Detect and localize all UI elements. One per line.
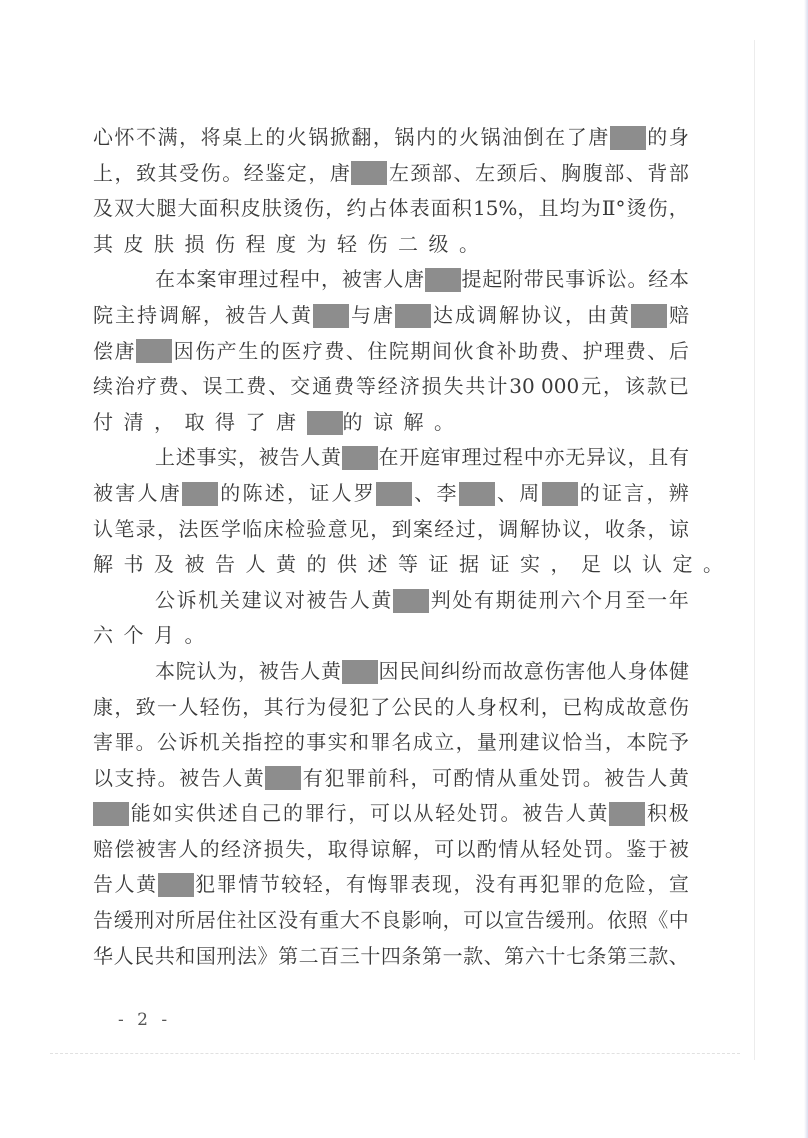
paragraph-p4: 公诉机关建议对被告人黄判处有期徒刑六个月至一年六个月。 [93,583,689,654]
text-char: 。 [583,761,603,797]
text-char: 失 [444,369,464,405]
text-char: 议 [562,512,582,548]
text-char: ， [238,654,258,690]
text-char: 中 [524,440,544,476]
text-char: 主 [115,298,135,334]
text-char: 庭 [420,440,440,476]
text-char: 谅 [370,832,390,868]
text-char: ， [242,690,262,726]
text-char: 审 [217,262,237,298]
text-char: 工 [224,369,244,405]
text-char: 元 [581,369,601,405]
text-char: 人 [246,547,266,583]
text-char: 黄 [321,440,341,476]
document-page: 心怀不满，将桌上的火锅掀翻，锅内的火锅油倒在了唐的身上，致其受伤。经鉴定，唐左颈… [0,0,808,1138]
text-char: 诉 [178,725,198,761]
text-char: 没 [475,867,495,903]
text-char: 述 [176,440,196,476]
text-char: 唐 [588,120,608,156]
text-char: 二 [398,227,418,263]
text-char: 见 [349,512,369,548]
text-char: 黄 [276,547,296,583]
text-char: 行 [327,796,347,832]
text-char: 级 [429,227,449,263]
text-char: 利 [520,690,540,726]
text-char: 中 [669,903,689,939]
text-char: 伤 [648,191,668,227]
redacted-name-box [313,304,349,328]
text-char: 成 [605,690,625,726]
text-char: 被 [306,583,326,619]
text-char: 程 [280,262,300,298]
text-char: 黄 [371,583,391,619]
text-char: 款 [463,939,483,975]
redacted-name-box [342,446,378,470]
text-char: 为 [307,227,327,263]
text-char: 成 [455,298,475,334]
text-char: 中 [300,262,320,298]
text-char: 费 [334,369,354,405]
text-char: 火 [459,120,479,156]
text-char: 被 [669,832,689,868]
text-char: ， [541,690,561,726]
text-char: 积 [647,796,667,832]
text-char: 告 [215,547,235,583]
text-char: 宣 [504,903,524,939]
text-char: 大 [177,191,197,227]
paragraph-p2: 在本案审理过程中，被害人唐提起附带民事诉讼。经本院主持调解，被告人黄与唐达成调解… [93,262,689,440]
text-char: 持 [137,298,157,334]
text-char: 过 [482,440,502,476]
text-char: 受 [179,156,199,192]
text-char: ， [456,725,476,761]
text-char: 款 [647,369,667,405]
text-char: 能 [131,796,151,832]
text-char: 院 [93,298,113,334]
text-char: 定 [673,547,693,583]
text-line: 本院认为，被告人黄因民间纠纷而故意伤害他人身体健 [93,654,689,690]
text-char: 人 [383,262,403,298]
text-char: 、 [540,156,560,192]
text-char: 其 [264,690,284,726]
text-char: 均 [560,191,580,227]
text-char: 月 [154,618,174,654]
text-char: 诉 [586,262,606,298]
text-char: 无 [565,440,585,476]
text-char: 怀 [115,120,135,156]
text-char: 从 [520,832,540,868]
text-char: 议 [263,583,283,619]
text-char: 人 [269,298,289,334]
text-char: 将 [201,120,221,156]
text-char: 十 [360,939,380,975]
text-line: 解书及被告人黄的供述等证据证实，足以认定。 [93,547,689,583]
text-line: 在本案审理过程中，被害人唐提起附带民事诉讼。经本 [93,262,689,298]
text-char: 被 [179,761,199,797]
text-char: 及 [93,191,113,227]
text-char: 极 [669,796,689,832]
text-char: 致 [136,156,156,192]
text-char: 六 [561,583,581,619]
text-char: 予 [669,725,689,761]
text-char: 害 [565,654,585,690]
text-char: 个 [582,583,602,619]
text-char: 据 [459,547,479,583]
text-char: 本 [626,725,646,761]
text-char: 程 [503,440,523,476]
text-char: 伤 [201,156,221,192]
text-char: ， [324,867,344,903]
text-char: 重 [518,761,538,797]
text-char: ， [114,690,134,726]
text-char: 第 [422,939,442,975]
text-char: 有 [474,583,494,619]
text-char: 至 [625,583,645,619]
text-char: 缓 [545,903,565,939]
text-char: 人 [647,761,667,797]
text-char: 实 [217,440,237,476]
text-char: 院 [176,654,196,690]
text-char: 己 [261,796,281,832]
text-char: 犯 [349,690,369,726]
text-char: 刑 [498,725,518,761]
text-char: 附 [503,262,523,298]
text-char: 意 [328,512,348,548]
text-char: 黄 [291,298,311,334]
text-char: 可 [463,903,483,939]
text-char: 为 [581,191,601,227]
text-char: 罪 [346,761,366,797]
text-char: 的 [434,690,454,726]
text-line: 偿唐因伤产生的医疗费、住院期间伙食补助费、护理费、后 [93,334,689,370]
text-char: 证 [602,476,622,512]
text-line: 其皮肤损伤程度为轻伤二级。 [93,227,689,263]
text-char: 六 [525,939,545,975]
text-line: 赔偿被害人的经济损失，取得谅解，可以酌情从轻处罚。鉴于被 [93,832,689,868]
text-char: 伤 [368,227,388,263]
text-char: 议 [543,298,563,334]
text-char: 过 [259,262,279,298]
text-char: 纷 [462,654,482,690]
text-char: 伤 [669,690,689,726]
text-char: 的 [265,120,285,156]
text-char: 解 [520,512,540,548]
text-char: 得 [349,832,369,868]
text-char: 解 [499,298,519,334]
text-char: 所 [175,903,195,939]
text-char: 名 [392,725,412,761]
text-line: 害罪。公诉机关指控的事实和罪名成立，量刑建议恰当，本院予 [93,725,689,761]
text-char: 被 [522,796,542,832]
text-char: 伙 [454,334,474,370]
text-char: 等 [398,547,418,583]
text-char: 后 [518,156,538,192]
text-char: 损 [264,832,284,868]
text-char: 区 [258,903,278,939]
text-char: 锅 [481,120,501,156]
redacted-name-box [425,268,461,292]
text-char: 持 [136,761,156,797]
redacted-name-box [542,482,578,506]
text-char: 锅 [394,120,414,156]
text-char: 华 [93,939,113,975]
text-char: 、 [268,369,288,405]
text-line: 上，致其受伤。经鉴定，唐左颈部、左颈后、胸腹部、背部 [93,156,689,192]
text-char: 唐 [115,334,135,370]
paragraph-p3: 上述事实，被告人黄在开庭审理过程中亦无异议，且有被害人唐的陈述，证人罗、李、周的… [93,440,689,582]
text-char: 费 [324,334,344,370]
text-char: ， [238,440,258,476]
text-line: 六个月。 [93,618,689,654]
text-char: 录 [136,512,156,548]
text-char: 事 [197,440,217,476]
text-char: 经 [434,512,454,548]
text-char: 事 [565,262,585,298]
text-char: 供 [196,796,216,832]
text-char: 酌 [477,832,497,868]
text-char: 人 [115,867,135,903]
text-char: 医 [200,512,220,548]
text-char: ， [115,156,135,192]
text-char: 罚 [561,761,581,797]
text-char: 取 [328,832,348,868]
text-char: 为 [217,654,237,690]
text-char: 、 [561,334,581,370]
text-char: 人 [566,796,586,832]
text-char: 认 [197,654,217,690]
text-char: 构 [584,690,604,726]
text-char: 支 [115,761,135,797]
text-char: ， [413,832,433,868]
text-char: 不 [360,903,380,939]
text-char: 行 [285,690,305,726]
text-char: 面 [431,191,451,227]
text-char: ， [454,867,474,903]
text-char: 陈 [243,476,263,512]
text-char: 了 [567,120,587,156]
text-char: 和 [349,725,369,761]
text-char: 李 [437,476,457,512]
text-char: 照 [628,903,648,939]
text-char: 人 [178,832,198,868]
text-char: 被 [225,298,245,334]
text-char: ， [647,476,667,512]
text-char: 、 [454,156,474,192]
text-char: 告 [328,583,348,619]
text-char: 》 [258,939,278,975]
text-char: 权 [498,690,518,726]
text-char: 助 [518,334,538,370]
text-char: 大 [135,191,155,227]
text-line: 告缓刑对所居住社区没有重大不良影响，可以宣告缓刑。依照《中 [93,903,689,939]
text-char: 开 [399,440,419,476]
text-char: 过 [456,512,476,548]
text-char: ， [321,262,341,298]
text-char: 成 [413,725,433,761]
text-char: 院 [389,334,409,370]
text-char: 可 [370,796,390,832]
text-char: 与 [351,298,371,334]
text-char: 桌 [222,120,242,156]
text-char: 颈 [497,156,517,192]
text-char: 对 [285,583,305,619]
text-char: 议 [541,725,561,761]
text-char: 罪 [114,725,134,761]
text-char: 心 [93,120,113,156]
text-char: 。 [587,903,607,939]
text-char: 健 [669,654,689,690]
text-char: 。 [703,547,723,583]
text-char: 公 [155,583,175,619]
text-char: 响 [422,903,442,939]
text-char: 黄 [244,761,264,797]
text-char: 证 [490,547,510,583]
text-char: 述 [265,476,285,512]
text-char: 上 [93,156,113,192]
text-char: 而 [482,654,502,690]
text-char: 异 [586,440,606,476]
text-char: 理 [462,440,482,476]
text-line: 公诉机关建议对被告人黄判处有期徒刑六个月至一年 [93,583,689,619]
text-char: 食 [475,334,495,370]
text-char: 倒 [524,120,544,156]
text-char: ， [287,476,307,512]
text-char: 恰 [562,725,582,761]
text-char: 清 [124,405,144,441]
text-char: 因 [379,654,399,690]
text-line: 康，致一人轻伤，其行为侵犯了公民的人身权利，已构成故意伤 [93,690,689,726]
text-char: ， [551,547,571,583]
text-char: 告 [247,298,267,334]
text-char: 得 [215,405,235,441]
text-char: Ⅱ° [602,191,626,227]
text-char: 黄 [321,654,341,690]
text-char: 理 [604,334,624,370]
text-char: ， [325,191,345,227]
text-char: ， [565,298,585,334]
text-line: 告人黄犯罪情节较轻，有悔罪表现，没有再犯罪的危险，宣 [93,867,689,903]
text-char: 及 [154,547,174,583]
text-char: 费 [159,369,179,405]
text-char: 油 [502,120,522,156]
text-char: 唐 [160,476,180,512]
text-char: 周 [519,476,539,512]
text-char: 误 [203,369,223,405]
paragraph-p5: 本院认为，被告人黄因民间纠纷而故意伤害他人身体健康，致一人轻伤，其行为侵犯了公民… [93,654,689,974]
text-char: 计 [487,369,507,405]
text-char: 讼 [607,262,627,298]
text-char: 背 [647,156,667,192]
text-char: 被 [342,262,362,298]
text-char: 、 [669,939,689,975]
text-char: 、 [497,476,517,512]
text-char: 检 [285,512,305,548]
text-char: 颈 [410,156,430,192]
text-char: 罚 [584,832,604,868]
text-char: 间 [432,334,452,370]
text-char: 第 [504,939,524,975]
text-char: 一 [647,583,667,619]
text-char: 七 [566,939,586,975]
text-char: 院 [648,725,668,761]
text-char: 体 [648,654,668,690]
text-char: 期 [410,334,430,370]
text-char: 笔 [114,512,134,548]
text-char: 以 [392,796,412,832]
text-char: 可 [432,761,452,797]
text-char: 情 [238,867,258,903]
text-char: 罪 [217,867,237,903]
text-char: 偿 [114,832,134,868]
text-char: 立 [434,725,454,761]
text-char: 法 [237,939,257,975]
text-char: 在 [155,262,175,298]
text-char: 、 [414,476,434,512]
text-char: 损 [185,227,205,263]
text-char: ， [443,903,463,939]
text-char: 经 [648,262,668,298]
text-char: 的 [200,832,220,868]
text-char: 经 [244,156,264,192]
redacted-name-box [351,161,387,185]
text-char: 被 [259,440,279,476]
text-char: 的 [307,547,327,583]
text-char: 部 [432,156,452,192]
text-char: ， [154,405,174,441]
text-char: 被 [185,547,205,583]
text-char: 月 [604,583,624,619]
text-char: 款 [648,939,668,975]
text-char: 谅 [373,405,393,441]
text-char: 上 [244,120,264,156]
text-char: 依 [607,903,627,939]
text-char: 告 [93,867,113,903]
text-char: 案 [197,262,217,298]
text-char: 其 [93,227,113,263]
text-char: 定 [287,156,307,192]
text-char: 调 [498,512,518,548]
text-char: 言 [624,476,644,512]
text-char: 建 [242,583,262,619]
text-char: 占 [367,191,387,227]
text-char: 医 [281,334,301,370]
text-char: 关 [220,583,240,619]
text-char: 上 [155,440,175,476]
text-line: 认笔录，法医学临床检验意见，到案经过，调解协议，收条，谅 [93,512,689,548]
text-char: 调 [159,298,179,334]
text-char: 鉴 [265,156,285,192]
text-char: 翻 [351,120,371,156]
text-char: 百 [319,939,339,975]
text-char: 量 [477,725,497,761]
text-char: 诉 [177,583,197,619]
text-char: 提 [462,262,482,298]
text-char: 人 [300,440,320,476]
text-char: ， [157,512,177,548]
redacted-name-box [395,304,431,328]
text-char: 间 [420,654,440,690]
text-char: ， [648,512,668,548]
text-char: 于 [648,832,668,868]
text-char: 唐 [404,262,424,298]
text-char: 满 [158,120,178,156]
text-char: 续 [93,369,113,405]
text-char: 已 [562,690,582,726]
text-char: ， [647,867,667,903]
text-char: 身 [477,690,497,726]
paragraph-p1: 心怀不满，将桌上的火锅掀翻，锅内的火锅油倒在了唐的身上，致其受伤。经鉴定，唐左颈… [93,120,689,262]
text-char: 、 [484,939,504,975]
